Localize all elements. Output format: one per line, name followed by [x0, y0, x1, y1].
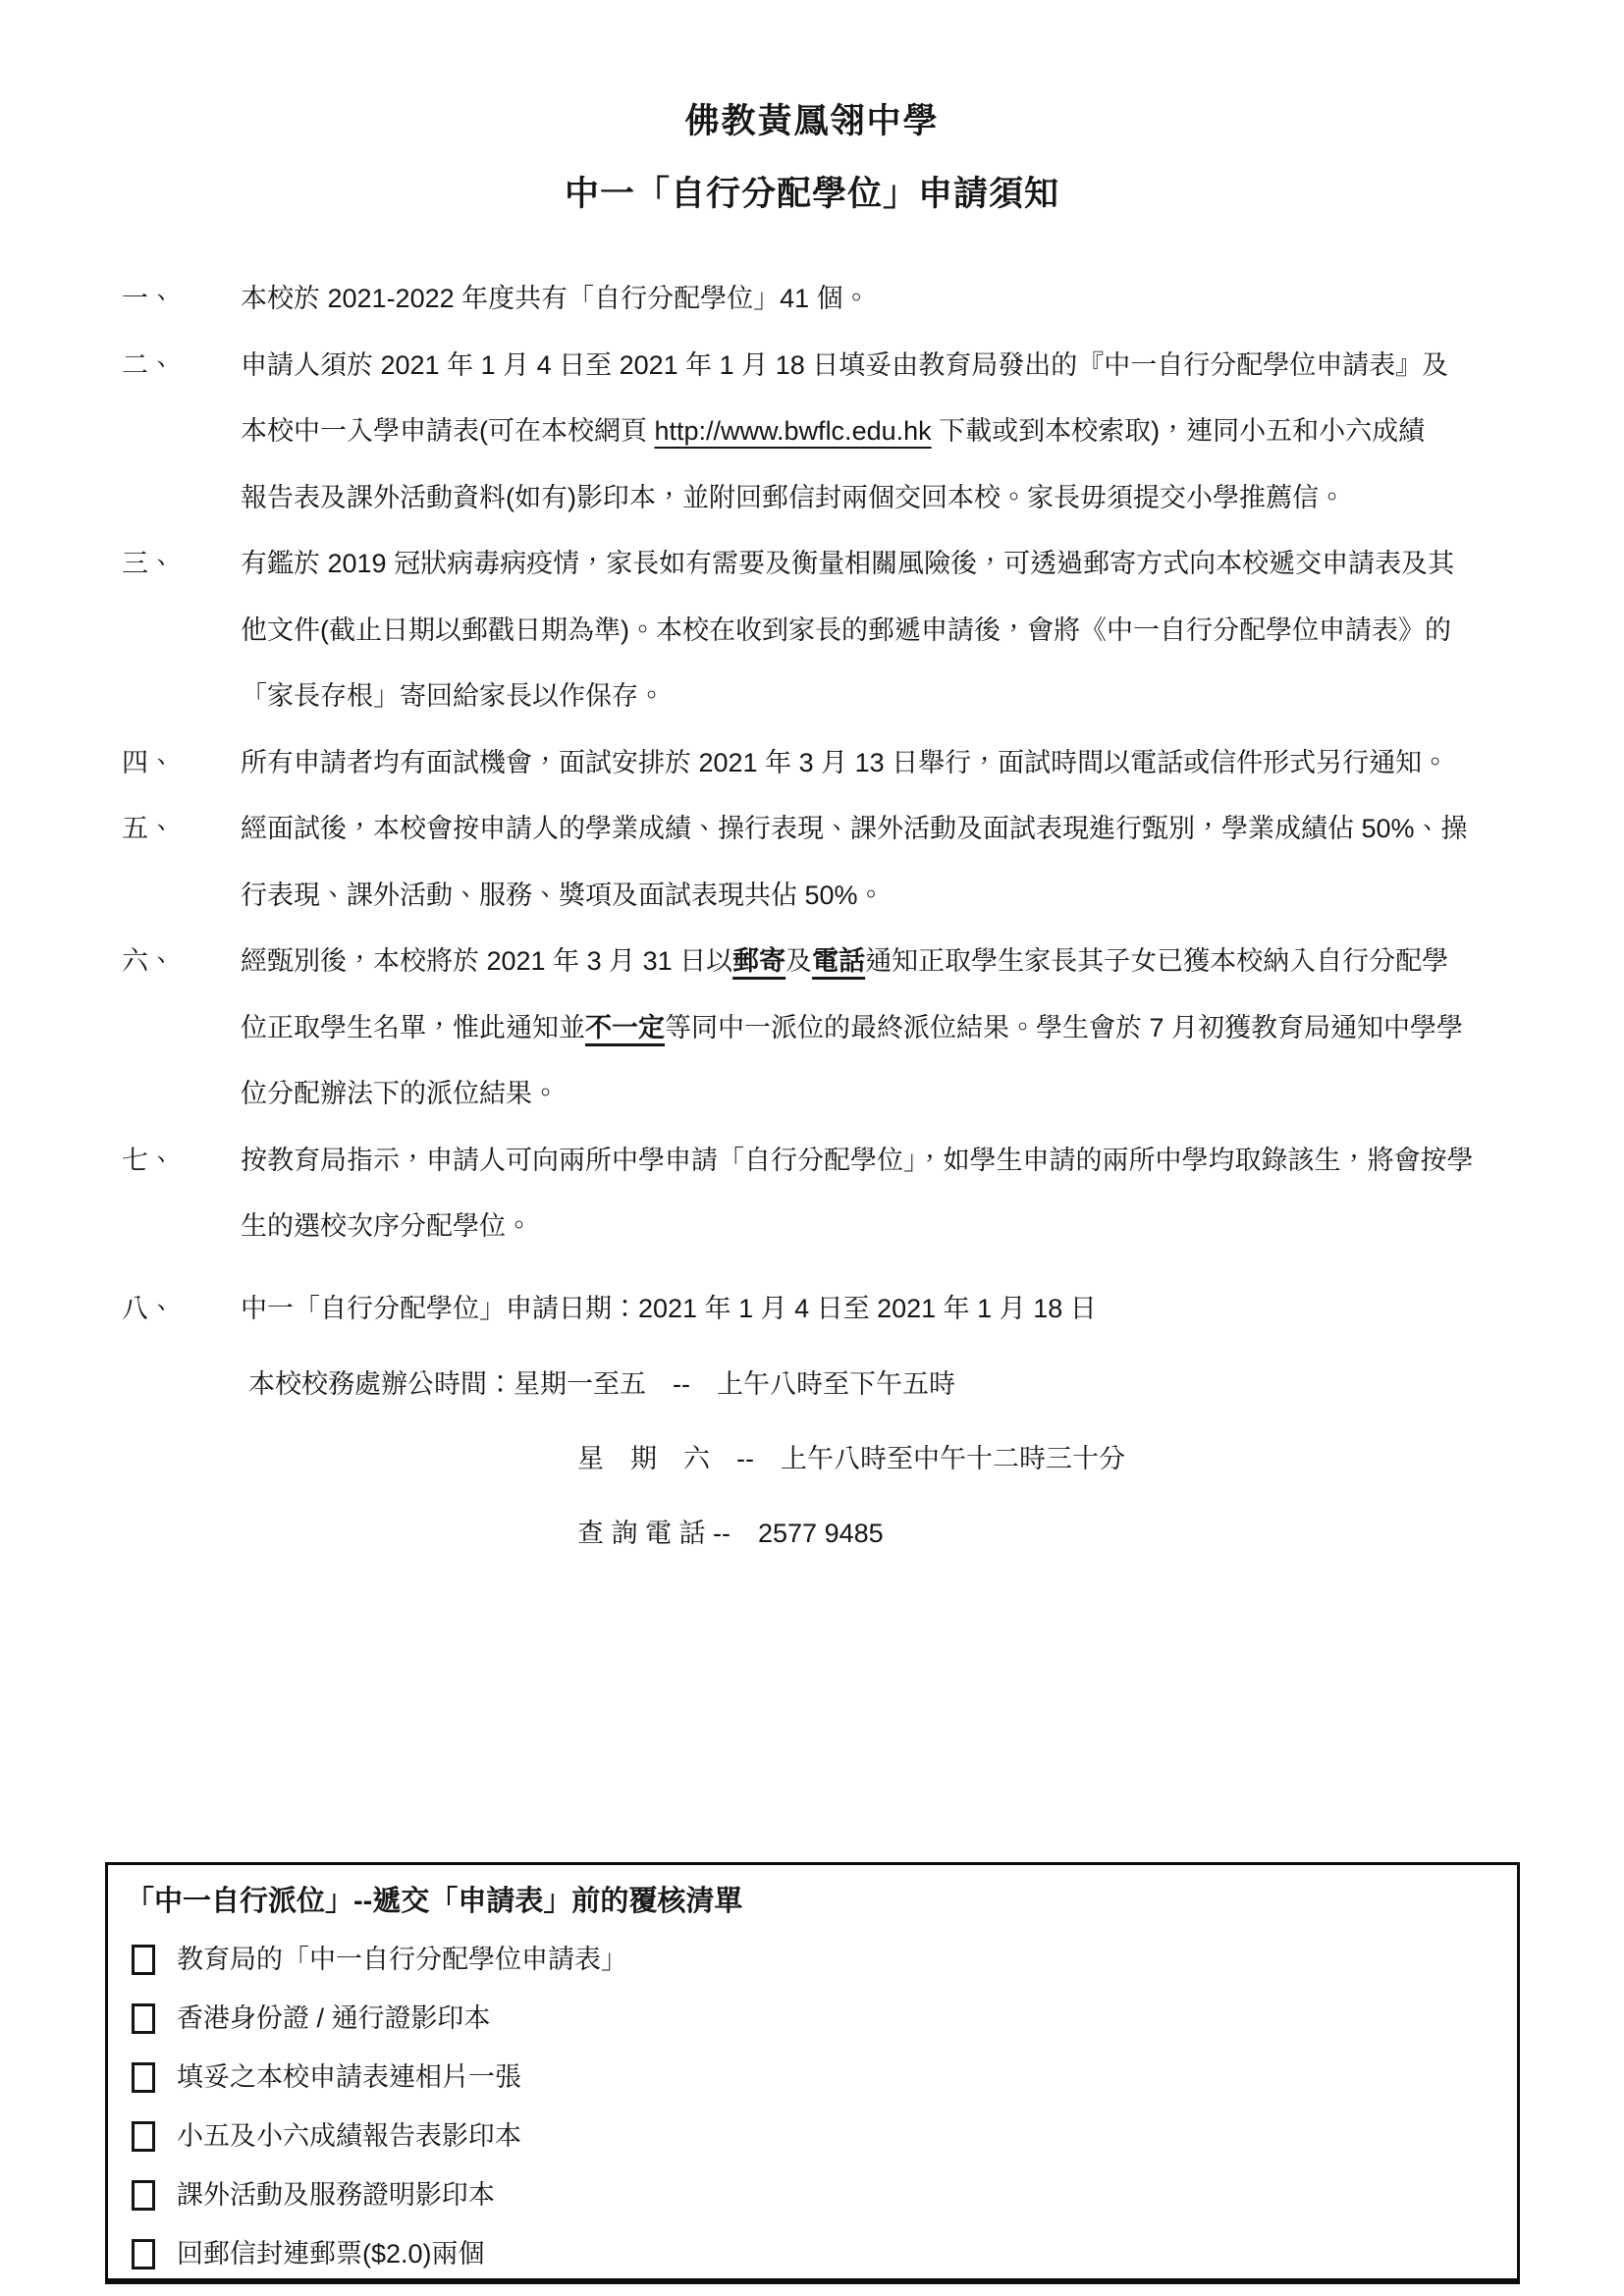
checklist-item-label: 香港身份證 / 通行證影印本: [177, 1989, 491, 2048]
item-number: 五、: [122, 796, 241, 863]
text-line: 本校中一入學申請表(可在本校網頁 http://www.bwflc.edu.hk…: [241, 399, 1536, 465]
checklist-title: 「中一自行派位」--遞交「申請表」前的覆核清單: [126, 1873, 1507, 1930]
text-line: 行表現、課外活動、服務、獎項及面試表現共佔 50%。: [241, 863, 1536, 930]
checklist-items: 教育局的「中一自行分配學位申請表」香港身份證 / 通行證影印本填妥之本校申請表連…: [126, 1930, 1507, 2283]
item-text: 經甄別後，本校將於 2021 年 3 月 31 日以郵寄及電話通知正取學生家長其…: [241, 929, 1536, 1128]
text-line: 位分配辦法下的派位結果。: [241, 1061, 1536, 1128]
item-number: 二、: [122, 333, 241, 400]
text-segment: 等同中一派位的最終派位結果。學生會於 7 月初獲教育局通知中學學: [665, 1013, 1463, 1042]
document-header: 佛教黃鳳翎中學 中一「自行分配學位」申請須知: [0, 94, 1624, 216]
office-hours-saturday: 星 期 六 -- 上午八時至中午十二時三十分: [248, 1421, 1536, 1496]
text-line: 經甄別後，本校將於 2021 年 3 月 31 日以郵寄及電話通知正取學生家長其…: [241, 929, 1536, 995]
notice-item: 五、經面試後，本校會按申請人的學業成績、操行表現、課外活動及面試表現進行甄別，學…: [122, 796, 1536, 929]
text-line: 有鑑於 2019 冠狀病毒病疫情，家長如有需要及衡量相關風險後，可透過郵寄方式向…: [241, 531, 1536, 598]
text-segment: 所有申請者均有面試機會，面試安排於 2021 年 3 月 13 日舉行，面試時間…: [241, 748, 1448, 777]
checklist-item: 回郵信封連郵票($2.0)兩個: [126, 2224, 1507, 2283]
text-segment: 位分配辦法下的派位結果。: [241, 1079, 559, 1108]
text-line: 中一「自行分配學位」申請日期：2021 年 1 月 4 日至 2021 年 1 …: [241, 1276, 1536, 1343]
text-line: 所有申請者均有面試機會，面試安排於 2021 年 3 月 13 日舉行，面試時間…: [241, 730, 1536, 797]
enquiry-phone-label: 查 詢 電 話 --: [577, 1519, 731, 1548]
emphasized-text: 不一定: [585, 1013, 665, 1042]
text-line: 經面試後，本校會按申請人的學業成績、操行表現、課外活動及面試表現進行甄別，學業成…: [241, 796, 1536, 863]
item-text: 申請人須於 2021 年 1 月 4 日至 2021 年 1 月 18 日填妥由…: [241, 333, 1536, 532]
notice-item: 三、有鑑於 2019 冠狀病毒病疫情，家長如有需要及衡量相關風險後，可透過郵寄方…: [122, 531, 1536, 730]
item-text: 經面試後，本校會按申請人的學業成績、操行表現、課外活動及面試表現進行甄別，學業成…: [241, 796, 1536, 929]
text-segment: 行表現、課外活動、服務、獎項及面試表現共佔 50%。: [241, 881, 885, 910]
school-website-link[interactable]: http://www.bwflc.edu.hk: [655, 416, 932, 446]
checkbox-icon[interactable]: [132, 1945, 155, 1975]
checkbox-icon[interactable]: [132, 2180, 155, 2211]
emphasized-text: 郵寄: [732, 946, 785, 976]
text-segment: 按教育局指示，申請人可向兩所中學申請「自行分配學位」，如學生申請的兩所中學均取錄…: [241, 1146, 1474, 1175]
item-text: 本校於 2021-2022 年度共有「自行分配學位」41 個。: [241, 266, 1536, 333]
text-segment: 及: [785, 946, 812, 976]
text-segment: 下載或到本校索取)，連同小五和小六成績: [932, 416, 1426, 446]
item-text: 按教育局指示，申請人可向兩所中學申請「自行分配學位」，如學生申請的兩所中學均取錄…: [241, 1128, 1536, 1260]
enquiry-phone-line: 查 詢 電 話 --2577 9485: [248, 1496, 1536, 1571]
checkbox-icon[interactable]: [132, 2062, 155, 2093]
text-segment: 「家長存根」寄回給家長以作保存。: [241, 681, 665, 711]
enquiry-phone-number: 2577 9485: [758, 1519, 884, 1548]
checklist-item: 課外活動及服務證明影印本: [126, 2165, 1507, 2224]
item-number: 八、: [122, 1276, 241, 1343]
notice-item: 一、本校於 2021-2022 年度共有「自行分配學位」41 個。: [122, 266, 1536, 333]
text-line: 本校於 2021-2022 年度共有「自行分配學位」41 個。: [241, 266, 1536, 333]
checklist-item-label: 課外活動及服務證明影印本: [177, 2165, 495, 2224]
checklist-item: 填妥之本校申請表連相片一張: [126, 2048, 1507, 2107]
text-segment: 本校於 2021-2022 年度共有「自行分配學位」41 個。: [241, 284, 870, 313]
item-text: 有鑑於 2019 冠狀病毒病疫情，家長如有需要及衡量相關風險後，可透過郵寄方式向…: [241, 531, 1536, 730]
notice-item: 七、按教育局指示，申請人可向兩所中學申請「自行分配學位」，如學生申請的兩所中學均…: [122, 1128, 1536, 1260]
checklist-item: 小五及小六成績報告表影印本: [126, 2107, 1507, 2165]
document-page: 佛教黃鳳翎中學 中一「自行分配學位」申請須知 一、本校於 2021-2022 年…: [0, 0, 1624, 2296]
checklist-item: 香港身份證 / 通行證影印本: [126, 1989, 1507, 2048]
text-segment: 有鑑於 2019 冠狀病毒病疫情，家長如有需要及衡量相關風險後，可透過郵寄方式向…: [241, 549, 1454, 578]
item-number: 六、: [122, 929, 241, 995]
item-text: 所有申請者均有面試機會，面試安排於 2021 年 3 月 13 日舉行，面試時間…: [241, 730, 1536, 797]
notice-item: 四、所有申請者均有面試機會，面試安排於 2021 年 3 月 13 日舉行，面試…: [122, 730, 1536, 797]
text-segment: 通知正取學生家長其子女已獲本校納入自行分配學: [865, 946, 1448, 976]
checkbox-icon[interactable]: [132, 2121, 155, 2152]
text-segment: 生的選校次序分配學位。: [241, 1211, 532, 1241]
text-segment: 經面試後，本校會按申請人的學業成績、操行表現、課外活動及面試表現進行甄別，學業成…: [241, 814, 1468, 843]
text-segment: 他文件(截止日期以郵戳日期為準)。本校在收到家長的郵遞申請後，會將《中一自行分配…: [241, 615, 1451, 645]
page-title: 中一「自行分配學位」申請須知: [0, 167, 1624, 216]
notice-item: 二、申請人須於 2021 年 1 月 4 日至 2021 年 1 月 18 日填…: [122, 333, 1536, 532]
item-number: 三、: [122, 531, 241, 598]
text-segment: 報告表及課外活動資料(如有)影印本，並附回郵信封兩個交回本校。家長毋須提交小學推…: [241, 483, 1345, 512]
checkbox-icon[interactable]: [132, 2239, 155, 2269]
text-line: 位正取學生名單，惟此通知並不一定等同中一派位的最終派位結果。學生會於 7 月初獲…: [241, 995, 1536, 1062]
text-line: 報告表及課外活動資料(如有)影印本，並附回郵信封兩個交回本校。家長毋須提交小學推…: [241, 465, 1536, 532]
item-number: 四、: [122, 730, 241, 797]
checklist-box: 「中一自行派位」--遞交「申請表」前的覆核清單 教育局的「中一自行分配學位申請表…: [105, 1862, 1520, 2284]
checkbox-icon[interactable]: [132, 2003, 155, 2034]
text-line: 申請人須於 2021 年 1 月 4 日至 2021 年 1 月 18 日填妥由…: [241, 333, 1536, 400]
text-segment: 申請人須於 2021 年 1 月 4 日至 2021 年 1 月 18 日填妥由…: [241, 350, 1448, 380]
notice-item: 六、經甄別後，本校將於 2021 年 3 月 31 日以郵寄及電話通知正取學生家…: [122, 929, 1536, 1128]
text-line: 「家長存根」寄回給家長以作保存。: [241, 664, 1536, 730]
text-segment: 中一「自行分配學位」申請日期：2021 年 1 月 4 日至 2021 年 1 …: [241, 1294, 1097, 1323]
text-line: 按教育局指示，申請人可向兩所中學申請「自行分配學位」，如學生申請的兩所中學均取錄…: [241, 1128, 1536, 1195]
notice-list: 一、本校於 2021-2022 年度共有「自行分配學位」41 個。二、申請人須於…: [122, 266, 1536, 1342]
text-line: 生的選校次序分配學位。: [241, 1194, 1536, 1260]
item-number: 七、: [122, 1128, 241, 1195]
school-name: 佛教黃鳳翎中學: [0, 94, 1624, 143]
notice-item: 八、中一「自行分配學位」申請日期：2021 年 1 月 4 日至 2021 年 …: [122, 1276, 1536, 1343]
office-hours-weekday: 本校校務處辦公時間：星期一至五 -- 上午八時至下午五時: [248, 1347, 1536, 1421]
checklist-item-label: 填妥之本校申請表連相片一張: [177, 2048, 521, 2107]
checklist-item-label: 小五及小六成績報告表影印本: [177, 2107, 521, 2165]
checklist-item-label: 教育局的「中一自行分配學位申請表」: [177, 1930, 627, 1989]
item-number: 一、: [122, 266, 241, 333]
text-segment: 位正取學生名單，惟此通知並: [241, 1013, 585, 1042]
checklist-item: 教育局的「中一自行分配學位申請表」: [126, 1930, 1507, 1989]
text-segment: 本校中一入學申請表(可在本校網頁: [241, 416, 655, 446]
checklist-item-label: 回郵信封連郵票($2.0)兩個: [177, 2224, 485, 2283]
emphasized-text: 電話: [812, 946, 865, 976]
item-text: 中一「自行分配學位」申請日期：2021 年 1 月 4 日至 2021 年 1 …: [241, 1276, 1536, 1343]
text-line: 他文件(截止日期以郵戳日期為準)。本校在收到家長的郵遞申請後，會將《中一自行分配…: [241, 598, 1536, 665]
text-segment: 經甄別後，本校將於 2021 年 3 月 31 日以: [241, 946, 732, 976]
office-hours-section: 本校校務處辦公時間：星期一至五 -- 上午八時至下午五時 星 期 六 -- 上午…: [248, 1347, 1536, 1571]
